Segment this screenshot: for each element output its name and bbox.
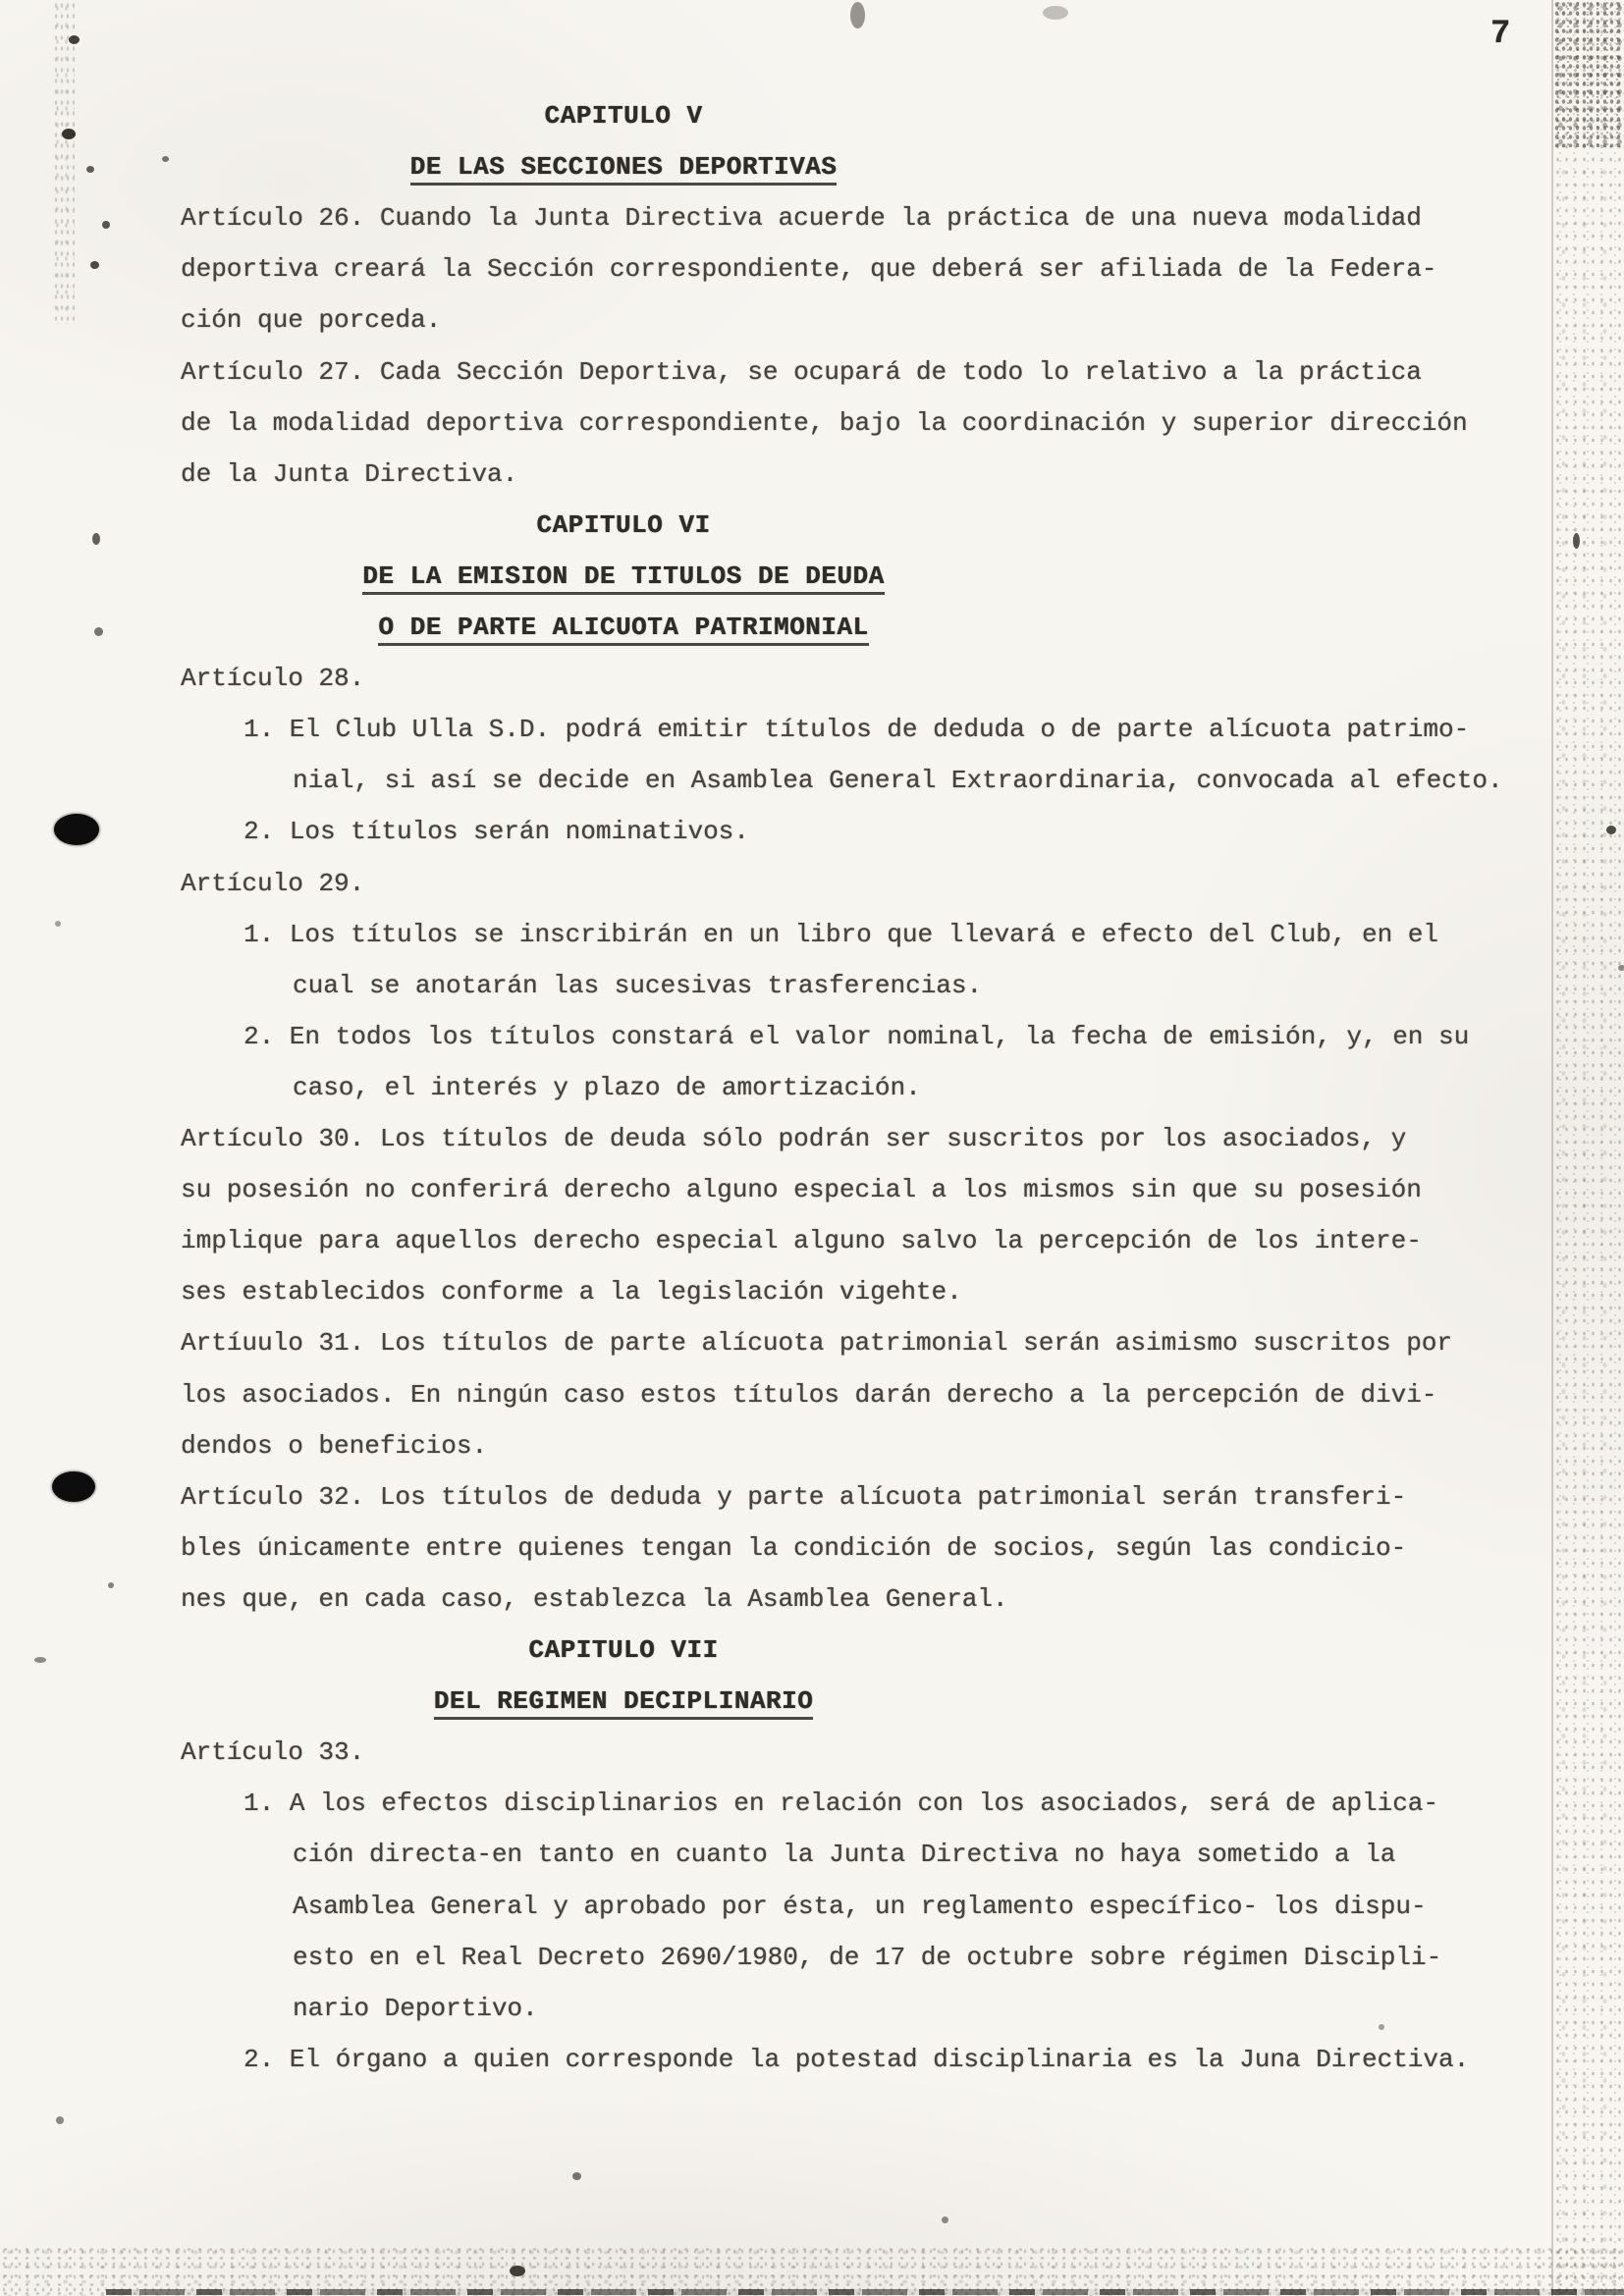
text-line: 2. En todos los títulos constará el valo… xyxy=(0,1021,1624,1053)
ink-speck xyxy=(1043,6,1068,20)
text-line: caso, el interés y plazo de amortización… xyxy=(0,1072,1624,1104)
hole-punch-mark xyxy=(54,814,99,845)
text-line: cual se anotarán las sucesivas trasferen… xyxy=(0,970,1624,1002)
text-line: 1. El Club Ulla S.D. podrá emitir título… xyxy=(0,714,1624,746)
hole-punch-mark xyxy=(52,1471,95,1502)
text-line: ción directa-en tanto en cuanto la Junta… xyxy=(0,1839,1624,1871)
text-line: bles únicamente entre quienes tengan la … xyxy=(0,1532,1624,1565)
ink-speck xyxy=(572,2172,581,2180)
ink-speck xyxy=(69,35,80,44)
ink-speck xyxy=(56,2116,64,2124)
text-line: 1. A los efectos disciplinarios en relac… xyxy=(0,1788,1624,1820)
text-line: Artículo 28. xyxy=(0,663,1624,695)
text-line: implique para aquellos derecho especial … xyxy=(0,1225,1624,1257)
ink-speck xyxy=(94,627,103,636)
ink-speck xyxy=(55,921,61,927)
ink-speck xyxy=(62,129,76,139)
text-line: esto en el Real Decreto 2690/1980, de 17… xyxy=(0,1942,1624,1974)
text-line: Asamblea General y aprobado por ésta, un… xyxy=(0,1891,1624,1923)
text-line: Artículo 26. Cuando la Junta Directiva a… xyxy=(0,202,1624,235)
scan-edge-bottom-line xyxy=(106,2289,1624,2295)
ink-speck xyxy=(34,1657,46,1663)
ink-speck xyxy=(1618,965,1624,971)
section-heading: DE LAS SECCIONES DEPORTIVAS xyxy=(0,151,1247,184)
text-line: Artículo 30. Los títulos de deuda sólo p… xyxy=(0,1123,1624,1155)
text-line: 2. El órgano a quien corresponde la pote… xyxy=(0,2044,1624,2076)
ink-speck xyxy=(510,2266,525,2276)
text-line: Artíuulo 31. Los títulos de parte alícuo… xyxy=(0,1327,1624,1360)
text-line: los asociados. En ningún caso estos títu… xyxy=(0,1379,1624,1412)
text-line: Artículo 32. Los títulos de deduda y par… xyxy=(0,1481,1624,1514)
ink-speck xyxy=(108,1582,114,1588)
text-line: nial, si así se decide en Asamblea Gener… xyxy=(0,765,1624,797)
text-line: de la modalidad deportiva correspondient… xyxy=(0,407,1624,440)
text-line: de la Junta Directiva. xyxy=(0,458,1624,491)
text-line: Artículo 27. Cada Sección Deportiva, se … xyxy=(0,356,1624,389)
text-line: 2. Los títulos serán nominativos. xyxy=(0,816,1624,848)
text-line: nario Deportivo. xyxy=(0,1993,1624,2025)
section-heading: DEL REGIMEN DECIPLINARIO xyxy=(0,1685,1247,1718)
ink-speck xyxy=(942,2216,948,2223)
scan-noise-top-right xyxy=(1553,0,1624,147)
scanned-page: 7 CAPITULO VDE LAS SECCIONES DEPORTIVASA… xyxy=(0,0,1624,2296)
ink-speck xyxy=(162,156,169,162)
chapter-heading: CAPITULO V xyxy=(0,100,1247,133)
text-line: Artículo 29. xyxy=(0,868,1624,900)
chapter-heading: CAPITULO VII xyxy=(0,1634,1247,1667)
text-line: deportiva creará la Sección correspondie… xyxy=(0,253,1624,286)
section-heading: O DE PARTE ALICUOTA PATRIMONIAL xyxy=(0,612,1247,644)
ink-speck xyxy=(90,261,99,269)
chapter-heading: CAPITULO VI xyxy=(0,509,1247,542)
ink-speck xyxy=(1573,533,1580,549)
ink-speck xyxy=(102,221,110,229)
text-line: 1. Los títulos se inscribirán en un libr… xyxy=(0,919,1624,951)
ink-speck xyxy=(86,166,94,173)
section-heading: DE LA EMISION DE TITULOS DE DEUDA xyxy=(0,561,1247,593)
page-number: 7 xyxy=(1490,16,1510,53)
text-line: ses establecidos conforme a la legislaci… xyxy=(0,1276,1624,1308)
ink-speck xyxy=(1606,826,1616,834)
ink-speck xyxy=(92,533,100,545)
text-line: su posesión no conferirá derecho alguno … xyxy=(0,1174,1624,1206)
text-line: nes que, en cada caso, establezca la Asa… xyxy=(0,1583,1624,1616)
text-line: ción que porceda. xyxy=(0,304,1624,337)
ink-speck xyxy=(1379,2024,1384,2030)
text-line: Artículo 33. xyxy=(0,1736,1624,1769)
ink-speck xyxy=(850,2,865,28)
text-line: dendos o beneficios. xyxy=(0,1430,1624,1463)
